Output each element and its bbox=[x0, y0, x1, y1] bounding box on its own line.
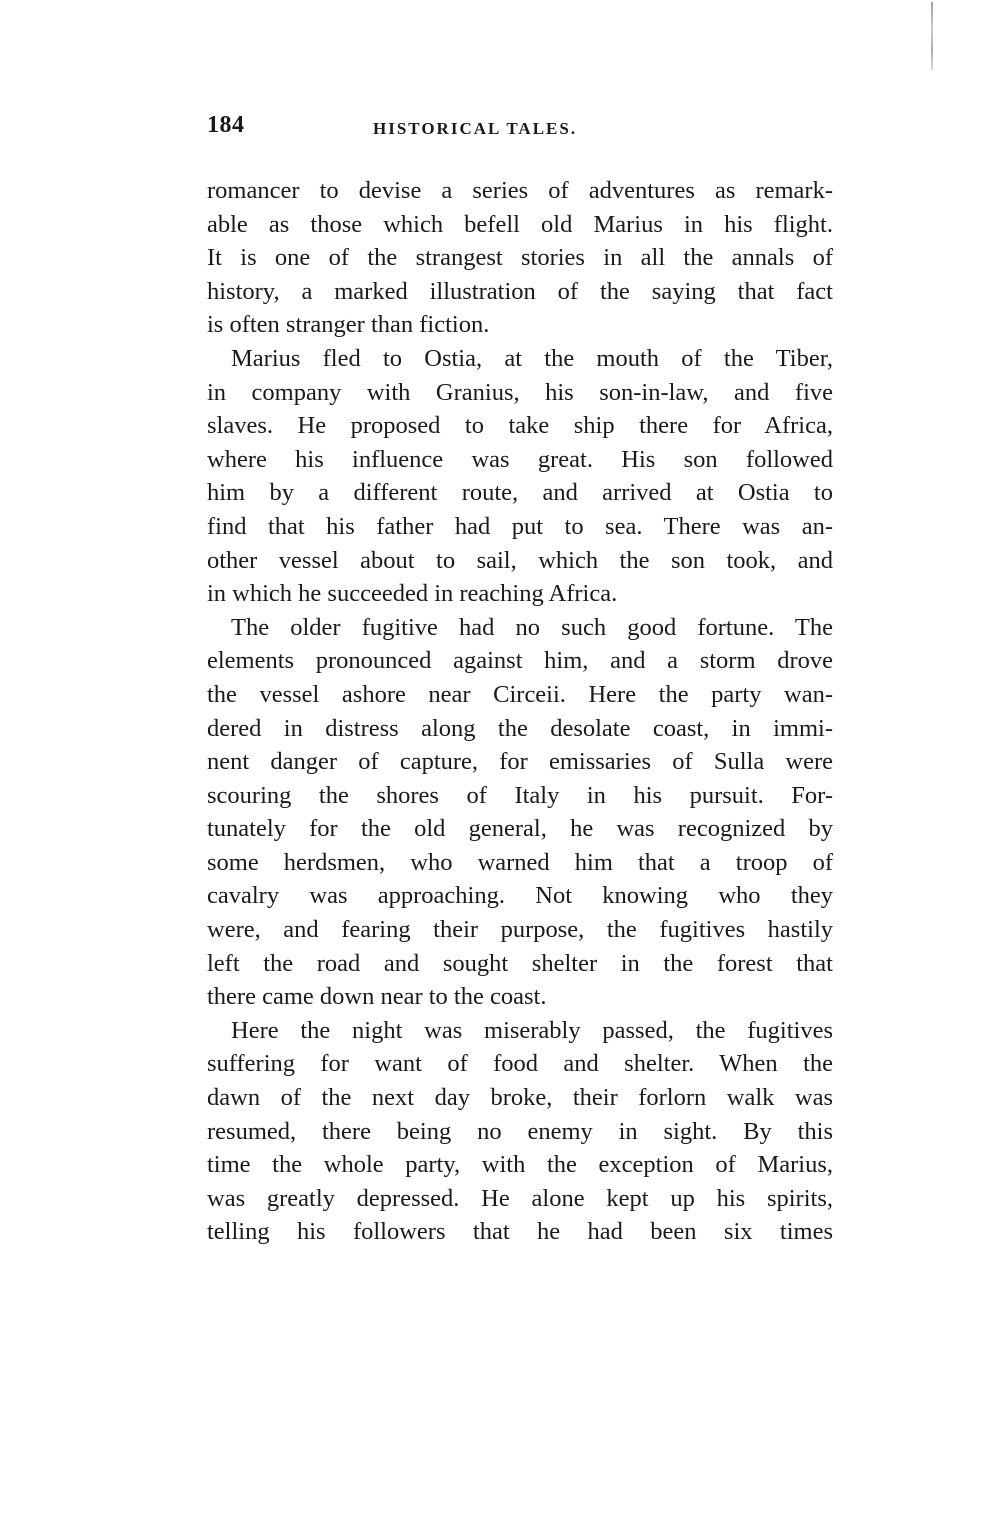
text-line: suffering for want of food and shelter. … bbox=[207, 1047, 833, 1081]
text-line: It is one of the strangest stories in al… bbox=[207, 241, 833, 275]
text-line: telling his followers that he had been s… bbox=[207, 1215, 833, 1249]
text-line: The older fugitive had no such good fort… bbox=[207, 611, 833, 645]
text-line: is often stranger than fiction. bbox=[207, 308, 833, 342]
running-title: HISTORICAL TALES. bbox=[373, 119, 577, 139]
book-page: 184 HISTORICAL TALES. romancer to devise… bbox=[207, 112, 833, 1249]
text-line: left the road and sought shelter in the … bbox=[207, 947, 833, 981]
text-line: were, and fearing their purpose, the fug… bbox=[207, 913, 833, 947]
scan-edge-artifact bbox=[931, 2, 933, 70]
text-line: able as those which befell old Marius in… bbox=[207, 208, 833, 242]
body-text: romancer to devise a series of adventure… bbox=[207, 174, 833, 1249]
text-line: dered in distress along the desolate coa… bbox=[207, 712, 833, 746]
text-line: elements pronounced against him, and a s… bbox=[207, 644, 833, 678]
text-line: history, a marked illustration of the sa… bbox=[207, 275, 833, 309]
text-line: in company with Granius, his son-in-law,… bbox=[207, 376, 833, 410]
text-line: him by a different route, and arrived at… bbox=[207, 476, 833, 510]
text-line: find that his father had put to sea. The… bbox=[207, 510, 833, 544]
paragraph-3: The older fugitive had no such good fort… bbox=[207, 611, 833, 1014]
text-line: nent danger of capture, for emissaries o… bbox=[207, 745, 833, 779]
text-line: slaves. He proposed to take ship there f… bbox=[207, 409, 833, 443]
running-head: 184 HISTORICAL TALES. bbox=[207, 112, 833, 152]
text-line: other vessel about to sail, which the so… bbox=[207, 544, 833, 578]
paragraph-1: romancer to devise a series of adventure… bbox=[207, 174, 833, 342]
page-number: 184 bbox=[207, 112, 245, 139]
text-line: was greatly depressed. He alone kept up … bbox=[207, 1182, 833, 1216]
text-line: time the whole party, with the exception… bbox=[207, 1148, 833, 1182]
text-line: dawn of the next day broke, their forlor… bbox=[207, 1081, 833, 1115]
text-line: Marius fled to Ostia, at the mouth of th… bbox=[207, 342, 833, 376]
text-line: the vessel ashore near Circeii. Here the… bbox=[207, 678, 833, 712]
text-line: resumed, there being no enemy in sight. … bbox=[207, 1115, 833, 1149]
text-line: cavalry was approaching. Not knowing who… bbox=[207, 879, 833, 913]
paragraph-4: Here the night was miserably passed, the… bbox=[207, 1014, 833, 1249]
text-line: scouring the shores of Italy in his purs… bbox=[207, 779, 833, 813]
paragraph-2: Marius fled to Ostia, at the mouth of th… bbox=[207, 342, 833, 611]
text-line: there came down near to the coast. bbox=[207, 980, 833, 1014]
text-line: romancer to devise a series of adventure… bbox=[207, 174, 833, 208]
text-line: in which he succeeded in reaching Africa… bbox=[207, 577, 833, 611]
text-line: Here the night was miserably passed, the… bbox=[207, 1014, 833, 1048]
text-line: some herdsmen, who warned him that a tro… bbox=[207, 846, 833, 880]
text-line: tunately for the old general, he was rec… bbox=[207, 812, 833, 846]
text-line: where his influence was great. His son f… bbox=[207, 443, 833, 477]
